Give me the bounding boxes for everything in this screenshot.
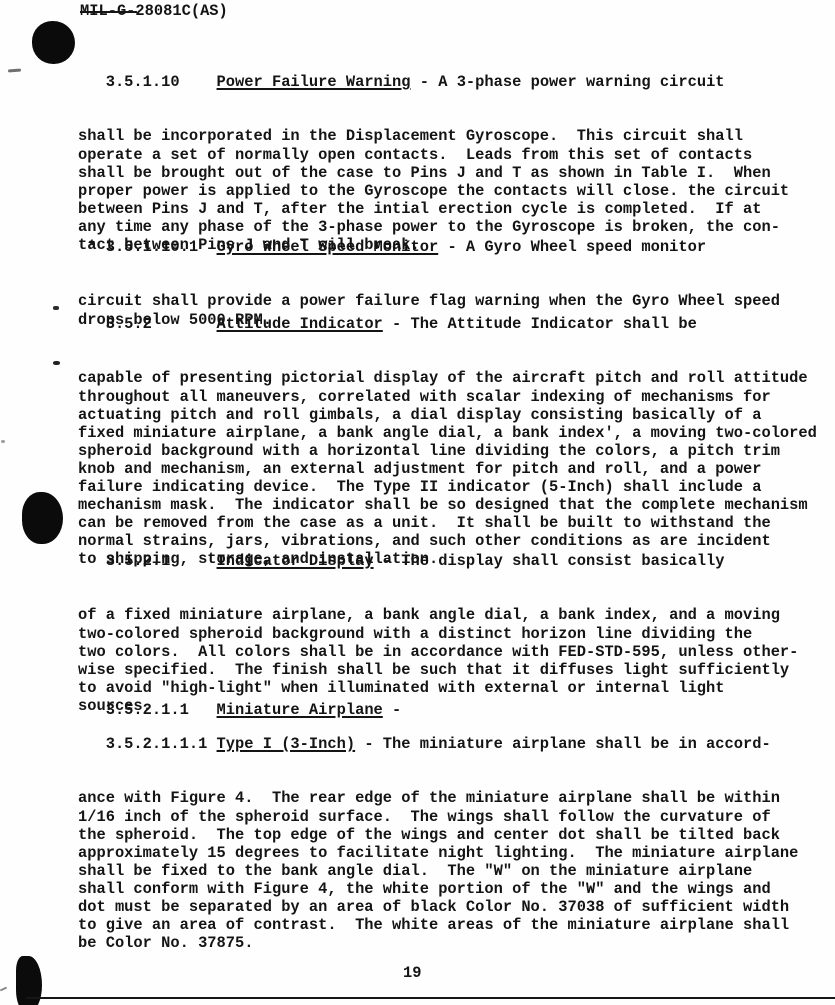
scan-mark-speck-2 — [53, 361, 60, 365]
scanned-document-page: MIL-G-28081C(AS) 3.5.1.10 Power Failure … — [0, 0, 835, 1005]
scan-strike-artifact — [80, 11, 137, 13]
section-title: Type I (3-Inch) — [217, 735, 356, 753]
hole-punch-top — [32, 21, 75, 64]
section-number: 3.5.2 — [78, 315, 217, 333]
page-number: 19 — [403, 964, 421, 982]
section-lead-text: - A 3-phase power warning circuit — [411, 73, 725, 91]
section-lead-text: - The miniature airplane shall be in acc… — [355, 735, 771, 753]
section-title: Power Failure Warning — [217, 73, 411, 91]
scan-mark-corner — [0, 987, 7, 992]
section-lead-text: - A Gyro Wheel speed monitor — [438, 238, 706, 256]
scan-mark-dash — [8, 69, 21, 73]
section-heading-line: 3.5.1.10 Power Failure Warning - A 3-pha… — [78, 73, 789, 91]
paragraph-body: ance with Figure 4. The rear edge of the… — [78, 789, 798, 952]
section-heading-line: 3.5.2 Attitude Indicator - The Attitude … — [78, 315, 817, 333]
section-heading-line: 3.5.2.1.1.1 Type I (3-Inch) - The miniat… — [78, 735, 798, 753]
section-title: Attitude Indicator — [217, 315, 383, 333]
scan-mark-speck-3 — [1, 440, 5, 443]
scan-mark-speck-1 — [53, 306, 59, 310]
section-title: Gyro Wheel Speed Monitor — [217, 238, 439, 256]
section-number: 3.5.2.1 — [78, 552, 217, 570]
section-number: * 3.5.1.10.1 — [78, 238, 217, 256]
hole-punch-middle — [22, 492, 63, 544]
bottom-scan-edge-line — [26, 997, 835, 999]
section-heading-line: 3.5.2.1 Indicator Display - The display … — [78, 552, 798, 570]
section-lead-text: - The Attitude Indicator shall be — [383, 315, 697, 333]
section-heading-line: * 3.5.1.10.1 Gyro Wheel Speed Monitor - … — [78, 238, 780, 256]
section-title: Indicator Display — [217, 552, 374, 570]
section-number: 3.5.2.1.1.1 — [78, 735, 217, 753]
section-3-5-2-1-1-1: 3.5.2.1.1.1 Type I (3-Inch) - The miniat… — [78, 699, 798, 989]
section-number: 3.5.1.10 — [78, 73, 217, 91]
section-lead-text: - The display shall consist basically — [374, 552, 725, 570]
